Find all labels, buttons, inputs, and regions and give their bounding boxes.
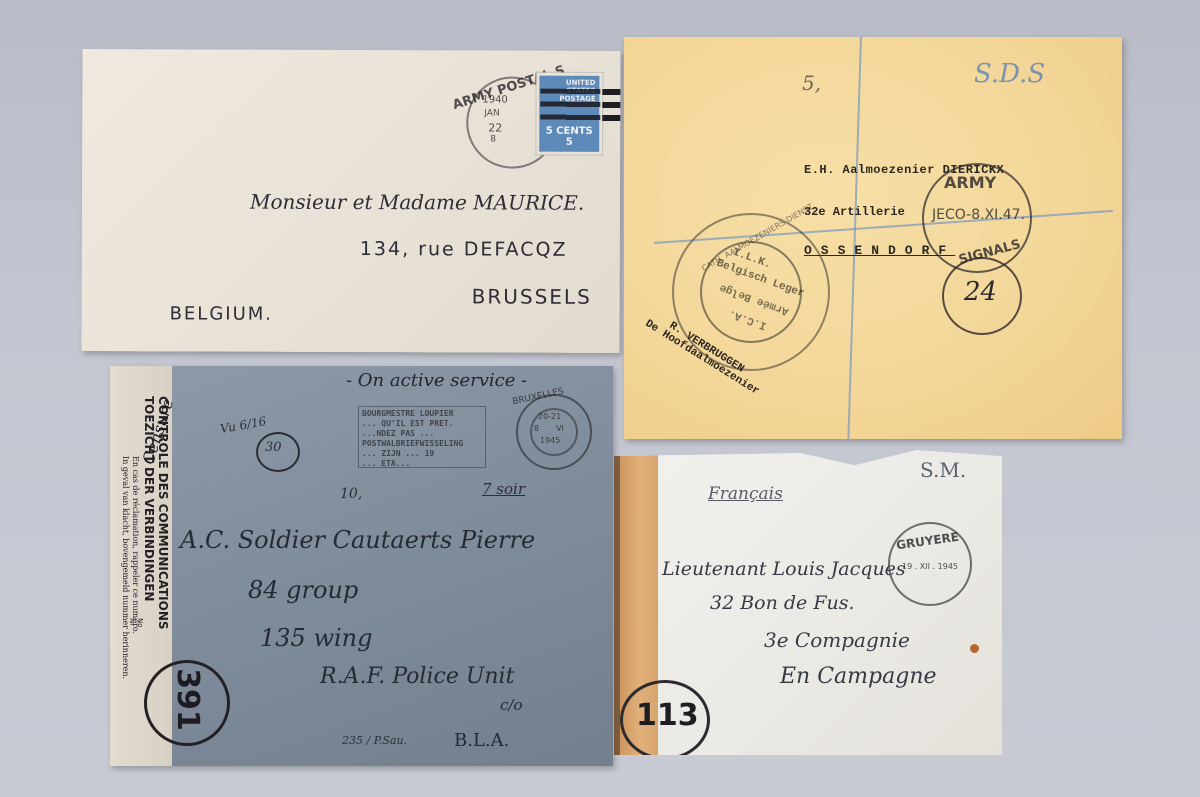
censor-tape-edge: [614, 450, 620, 755]
machine-cancel: BOURGMESTRE LOUPIER ... QU'IL EST PRET. …: [358, 406, 486, 468]
pencil-note-number: 5,: [802, 71, 821, 95]
address-line-3: 3e Compagnie: [764, 628, 910, 652]
postmark-date: 19 . XII . 1945: [902, 562, 958, 571]
postmark-time: 20-21: [538, 412, 561, 421]
pencil-note-ten: 10,: [340, 486, 362, 502]
circled-number-text: 24: [964, 277, 997, 307]
pencil-note-vu: Vu 6/16: [219, 414, 267, 436]
cancel-line-1: BOURGMESTRE LOUPIER: [362, 409, 482, 419]
postmark-date: JECO-8.XI.47.: [932, 207, 1025, 223]
cancel-line-3: ...NDEZ PAS ...: [362, 429, 482, 439]
corner-note: S.M.: [920, 458, 966, 482]
cancel-line-2: ... QU'IL EST PRET.: [362, 419, 482, 429]
reference-note: 235 / P.Sau.: [342, 734, 407, 747]
address-country: BELGIUM.: [170, 303, 274, 324]
address-line-3: BRUSSELS: [472, 284, 592, 308]
postmark-year: 1940: [482, 94, 507, 105]
cancellation-bars-edge: [602, 89, 620, 125]
cancel-line-5: ... ZIJN ... 19: [362, 449, 482, 459]
envelope-on-active-service: CONTROLE DES COMMUNICATIONS TOEZICHT DER…: [110, 366, 613, 766]
envelope-army-signals: 5, S.D.S E.H. Aalmoezenier DIERICKX 32e …: [624, 37, 1122, 439]
censor-no-label-1: No: [136, 618, 144, 628]
typed-address-line-2: 32e Artillerie: [804, 205, 905, 219]
pencil-note-time: 7 soir: [482, 480, 525, 498]
pencil-note-sds: S.D.S: [974, 59, 1045, 89]
address-line-1: A.C. Soldier Cautaerts Pierre: [180, 526, 535, 554]
postmark-month: VI: [556, 424, 564, 433]
address-line-5: c/o: [500, 696, 523, 714]
censor-note-nl: In geval van klacht, bovengemeld nummer …: [121, 456, 130, 679]
censor-number: 113: [636, 698, 699, 733]
censor-no-label-2: Nr: [128, 618, 136, 626]
address-line-2: 32 Bon de Fus.: [710, 592, 855, 614]
cancellation-bars: [540, 89, 600, 125]
address-line-1: Monsieur et Madame MAURICE.: [250, 190, 584, 215]
postmark-top: ARMY: [944, 173, 996, 192]
envelope-us-army-post: ARMY POSTAL S 1940 JAN 22 8 UNITED STATE…: [81, 49, 620, 353]
language-note: Français: [708, 484, 783, 504]
postmark-day: 8: [534, 424, 539, 433]
address-line-4: En Campagne: [780, 664, 937, 689]
address-line-4: R.A.F. Police Unit: [320, 664, 514, 689]
censor-number: 391: [170, 668, 205, 731]
cancel-line-4: POSTWALBRIEFWISSELING: [362, 439, 482, 449]
cancel-line-6: ... ETA...: [362, 459, 482, 468]
address-line-2: 84 group: [248, 576, 358, 604]
stamp-value: 5 CENTS 5: [541, 126, 597, 148]
postmark-year: 1945: [540, 436, 560, 445]
envelope-gruyere: S.M. Français GRUYERE 19 . XII . 1945 Li…: [614, 450, 1002, 755]
censor-note-fr: En cas de réclamation, rappeler ce numér…: [131, 456, 140, 634]
address-line-1: Lieutenant Louis Jacques: [662, 558, 906, 580]
address-line-2: 134, rue DEFACQZ: [360, 238, 568, 261]
address-line-3: 135 wing: [260, 624, 372, 652]
postmark-month: JAN: [484, 108, 499, 118]
active-service-header: - On active service -: [346, 370, 527, 391]
pencil-note-circled: 30: [265, 440, 282, 455]
address-line-6: B.L.A.: [454, 730, 509, 751]
postmark-day: 22: [488, 121, 502, 134]
registration-line-vertical: [847, 37, 862, 439]
postmark-extra: 8: [490, 134, 496, 144]
rust-spot: [970, 644, 979, 653]
